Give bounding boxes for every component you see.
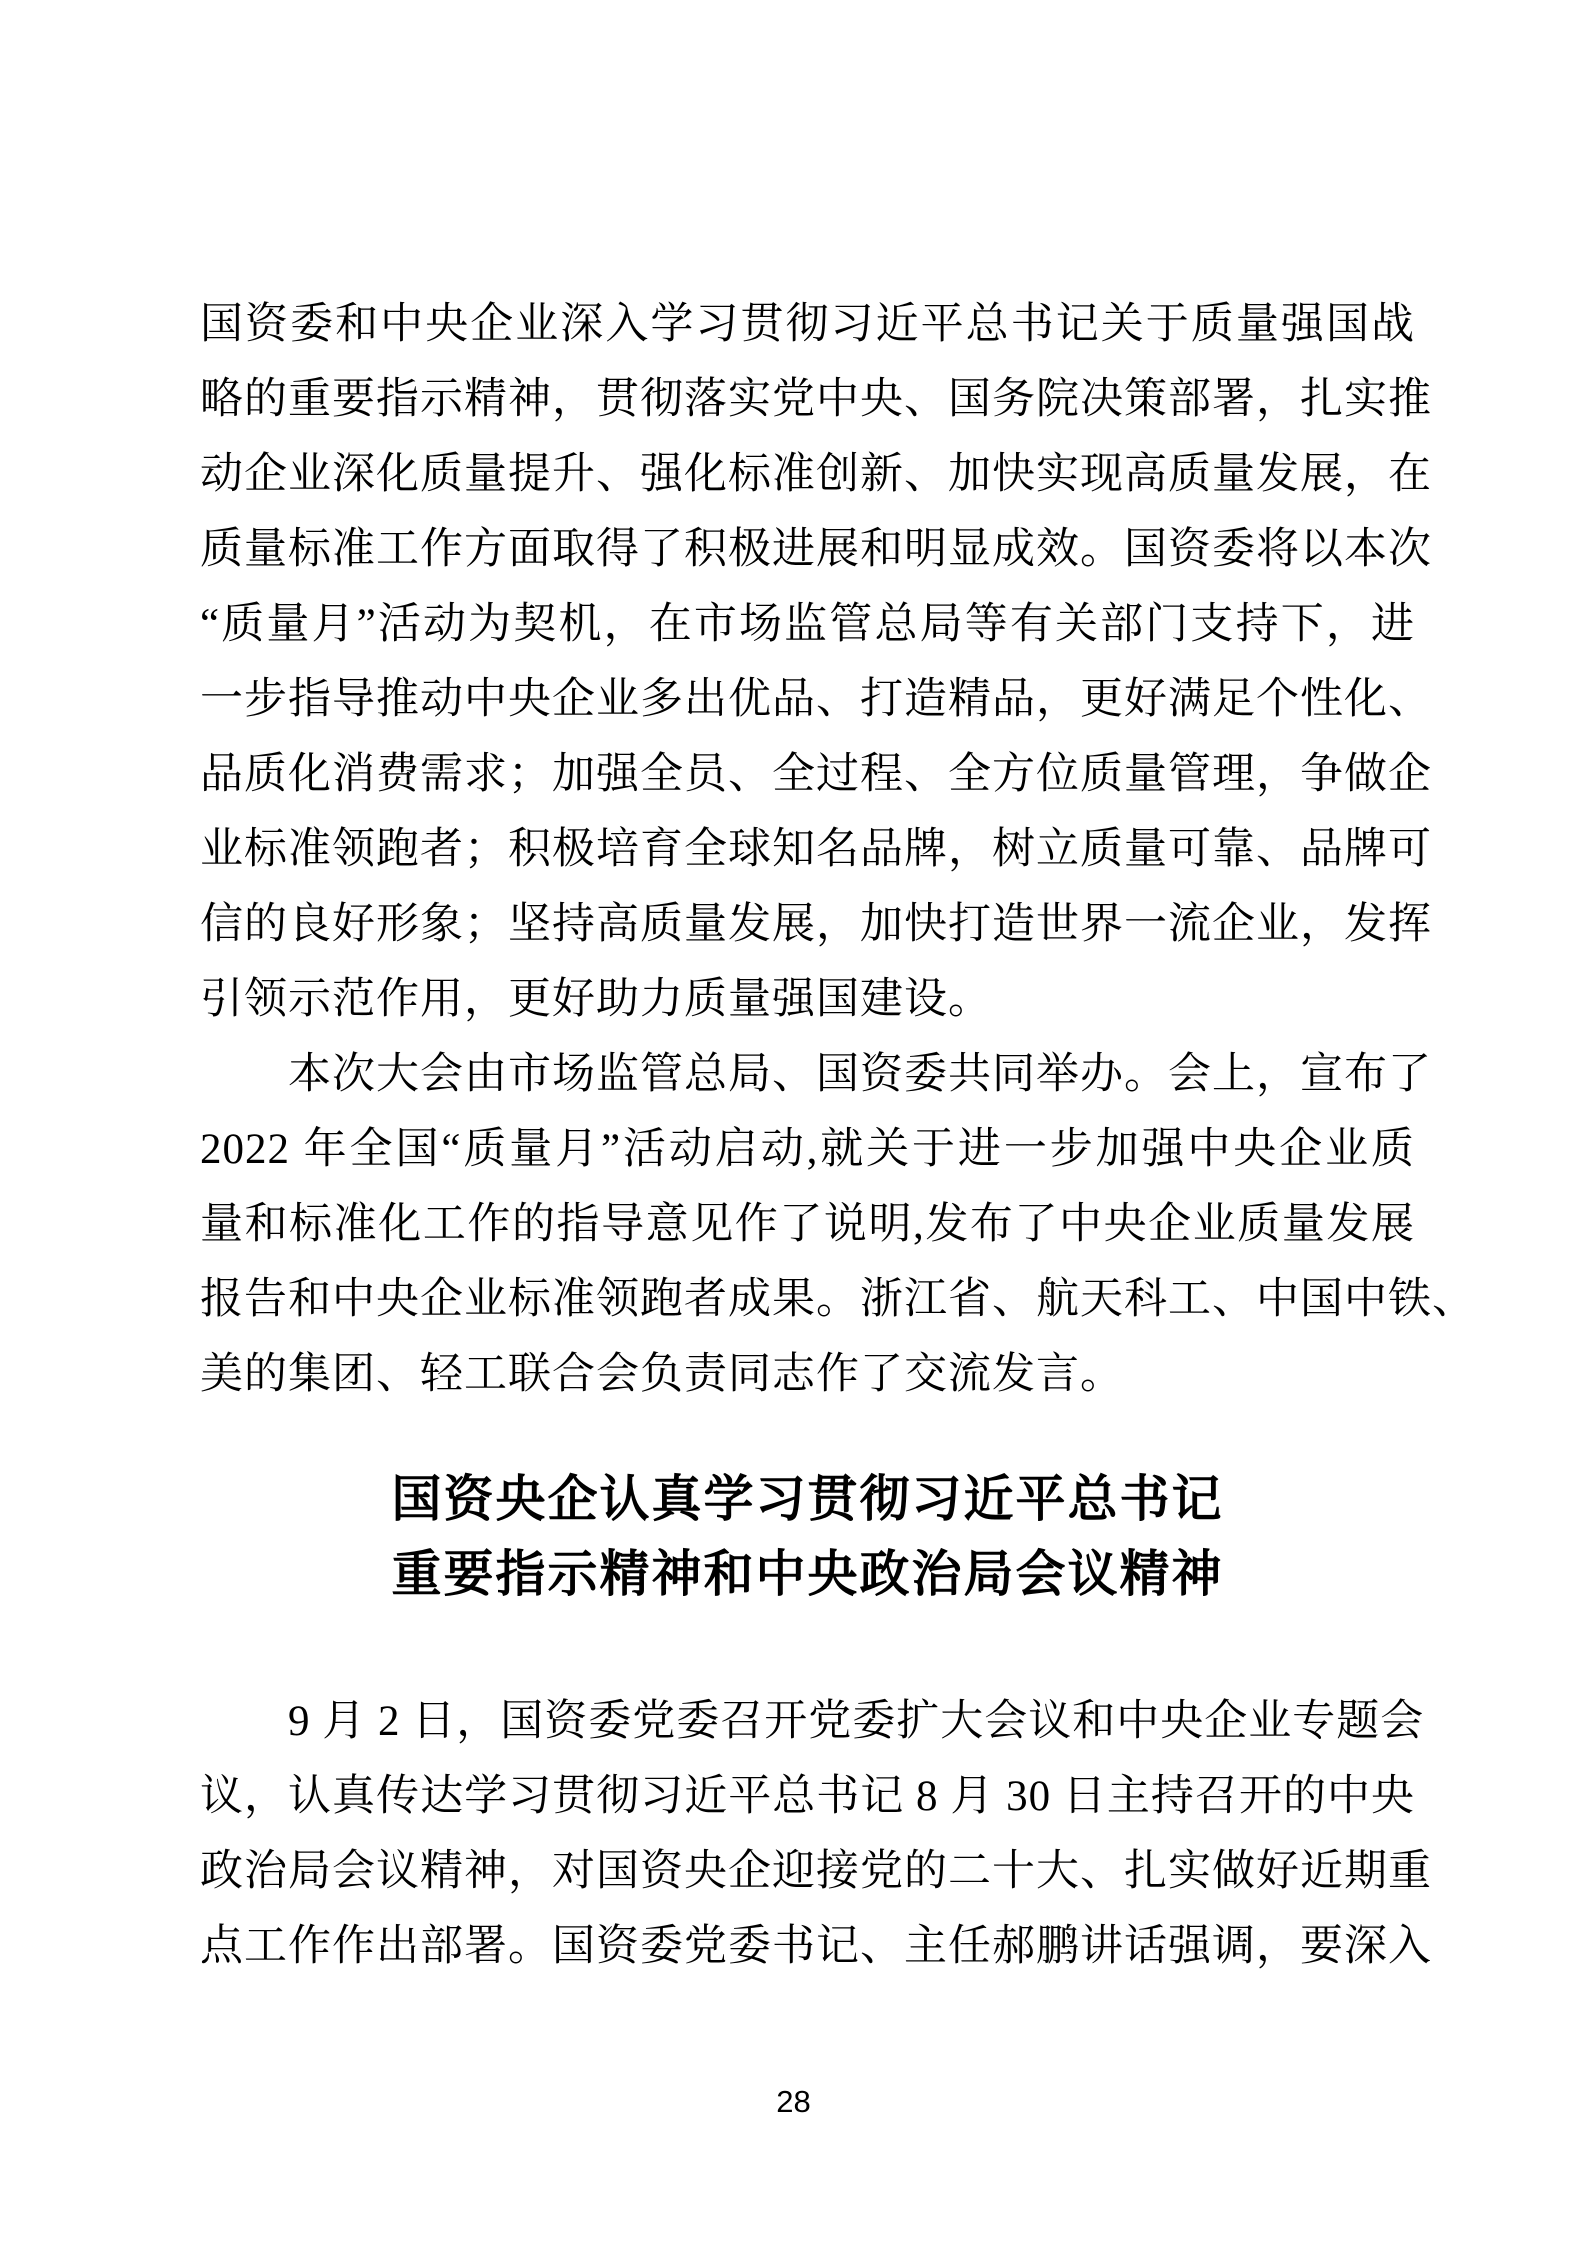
text-line: 量和标准化工作的指导意见作了说明,发布了中央企业质量发展 (200, 1187, 1415, 1262)
text-line: 信的良好形象；坚持高质量发展，加快打造世界一流企业，发挥 (200, 887, 1415, 962)
text-line: 9 月 2 日，国资委党委召开党委扩大会议和中央企业专题会 (200, 1684, 1415, 1759)
text-line: 品质化消费需求；加强全员、全过程、全方位质量管理，争做企 (200, 737, 1415, 812)
meeting-text-block: 9 月 2 日，国资委党委召开党委扩大会议和中央企业专题会议，认真传达学习贯彻习… (200, 1684, 1415, 1984)
text-line: 一步指导推动中央企业多出优品、打造精品，更好满足个性化、 (200, 662, 1415, 737)
text-line: 动企业深化质量提升、强化标准创新、加快实现高质量发展，在 (200, 437, 1415, 512)
paragraph-sasac-meeting: 9 月 2 日，国资委党委召开党委扩大会议和中央企业专题会议，认真传达学习贯彻习… (200, 1684, 1415, 1984)
text-line: 略的重要指示精神，贯彻落实党中央、国务院决策部署，扎实推 (200, 362, 1415, 437)
text-line: 本次大会由市场监管总局、国资委共同举办。会上，宣布了 (200, 1037, 1415, 1112)
text-line: 2022 年全国“质量月”活动启动,就关于进一步加强中央企业质 (200, 1112, 1415, 1187)
text-line: 质量标准工作方面取得了积极进展和明显成效。国资委将以本次 (200, 512, 1415, 587)
text-line: 政治局会议精神，对国资央企迎接党的二十大、扎实做好近期重 (200, 1834, 1415, 1909)
text-line: 报告和中央企业标准领跑者成果。浙江省、航天科工、中国中铁、 (200, 1262, 1415, 1337)
text-line: 点工作作出部署。国资委党委书记、主任郝鹏讲话强调，要深入 (200, 1909, 1415, 1984)
paragraph-conference-summary: 本次大会由市场监管总局、国资委共同举办。会上，宣布了2022 年全国“质量月”活… (200, 1037, 1415, 1412)
section-heading: 国资央企认真学习贯彻习近平总书记重要指示精神和中央政治局会议精神 (200, 1462, 1415, 1612)
page-number: 28 (0, 2082, 1587, 2122)
text-line: 引领示范作用，更好助力质量强国建设。 (200, 962, 1415, 1037)
text-line: “质量月”活动为契机，在市场监管总局等有关部门支持下，进 (200, 587, 1415, 662)
text-line: 国资央企认真学习贯彻习近平总书记 (200, 1462, 1415, 1537)
text-line: 美的集团、轻工联合会负责同志作了交流发言。 (200, 1337, 1415, 1412)
text-line: 议，认真传达学习贯彻习近平总书记 8 月 30 日主持召开的中央 (200, 1759, 1415, 1834)
document-page: 国资委和中央企业深入学习贯彻习近平总书记关于质量强国战略的重要指示精神，贯彻落实… (0, 0, 1587, 2245)
paragraph-quality-progress: 国资委和中央企业深入学习贯彻习近平总书记关于质量强国战略的重要指示精神，贯彻落实… (200, 287, 1415, 1037)
text-line: 业标准领跑者；积极培育全球知名品牌，树立质量可靠、品牌可 (200, 812, 1415, 887)
body-text-block: 国资委和中央企业深入学习贯彻习近平总书记关于质量强国战略的重要指示精神，贯彻落实… (200, 287, 1415, 1412)
text-line: 重要指示精神和中央政治局会议精神 (200, 1537, 1415, 1612)
text-line: 国资委和中央企业深入学习贯彻习近平总书记关于质量强国战 (200, 287, 1415, 362)
